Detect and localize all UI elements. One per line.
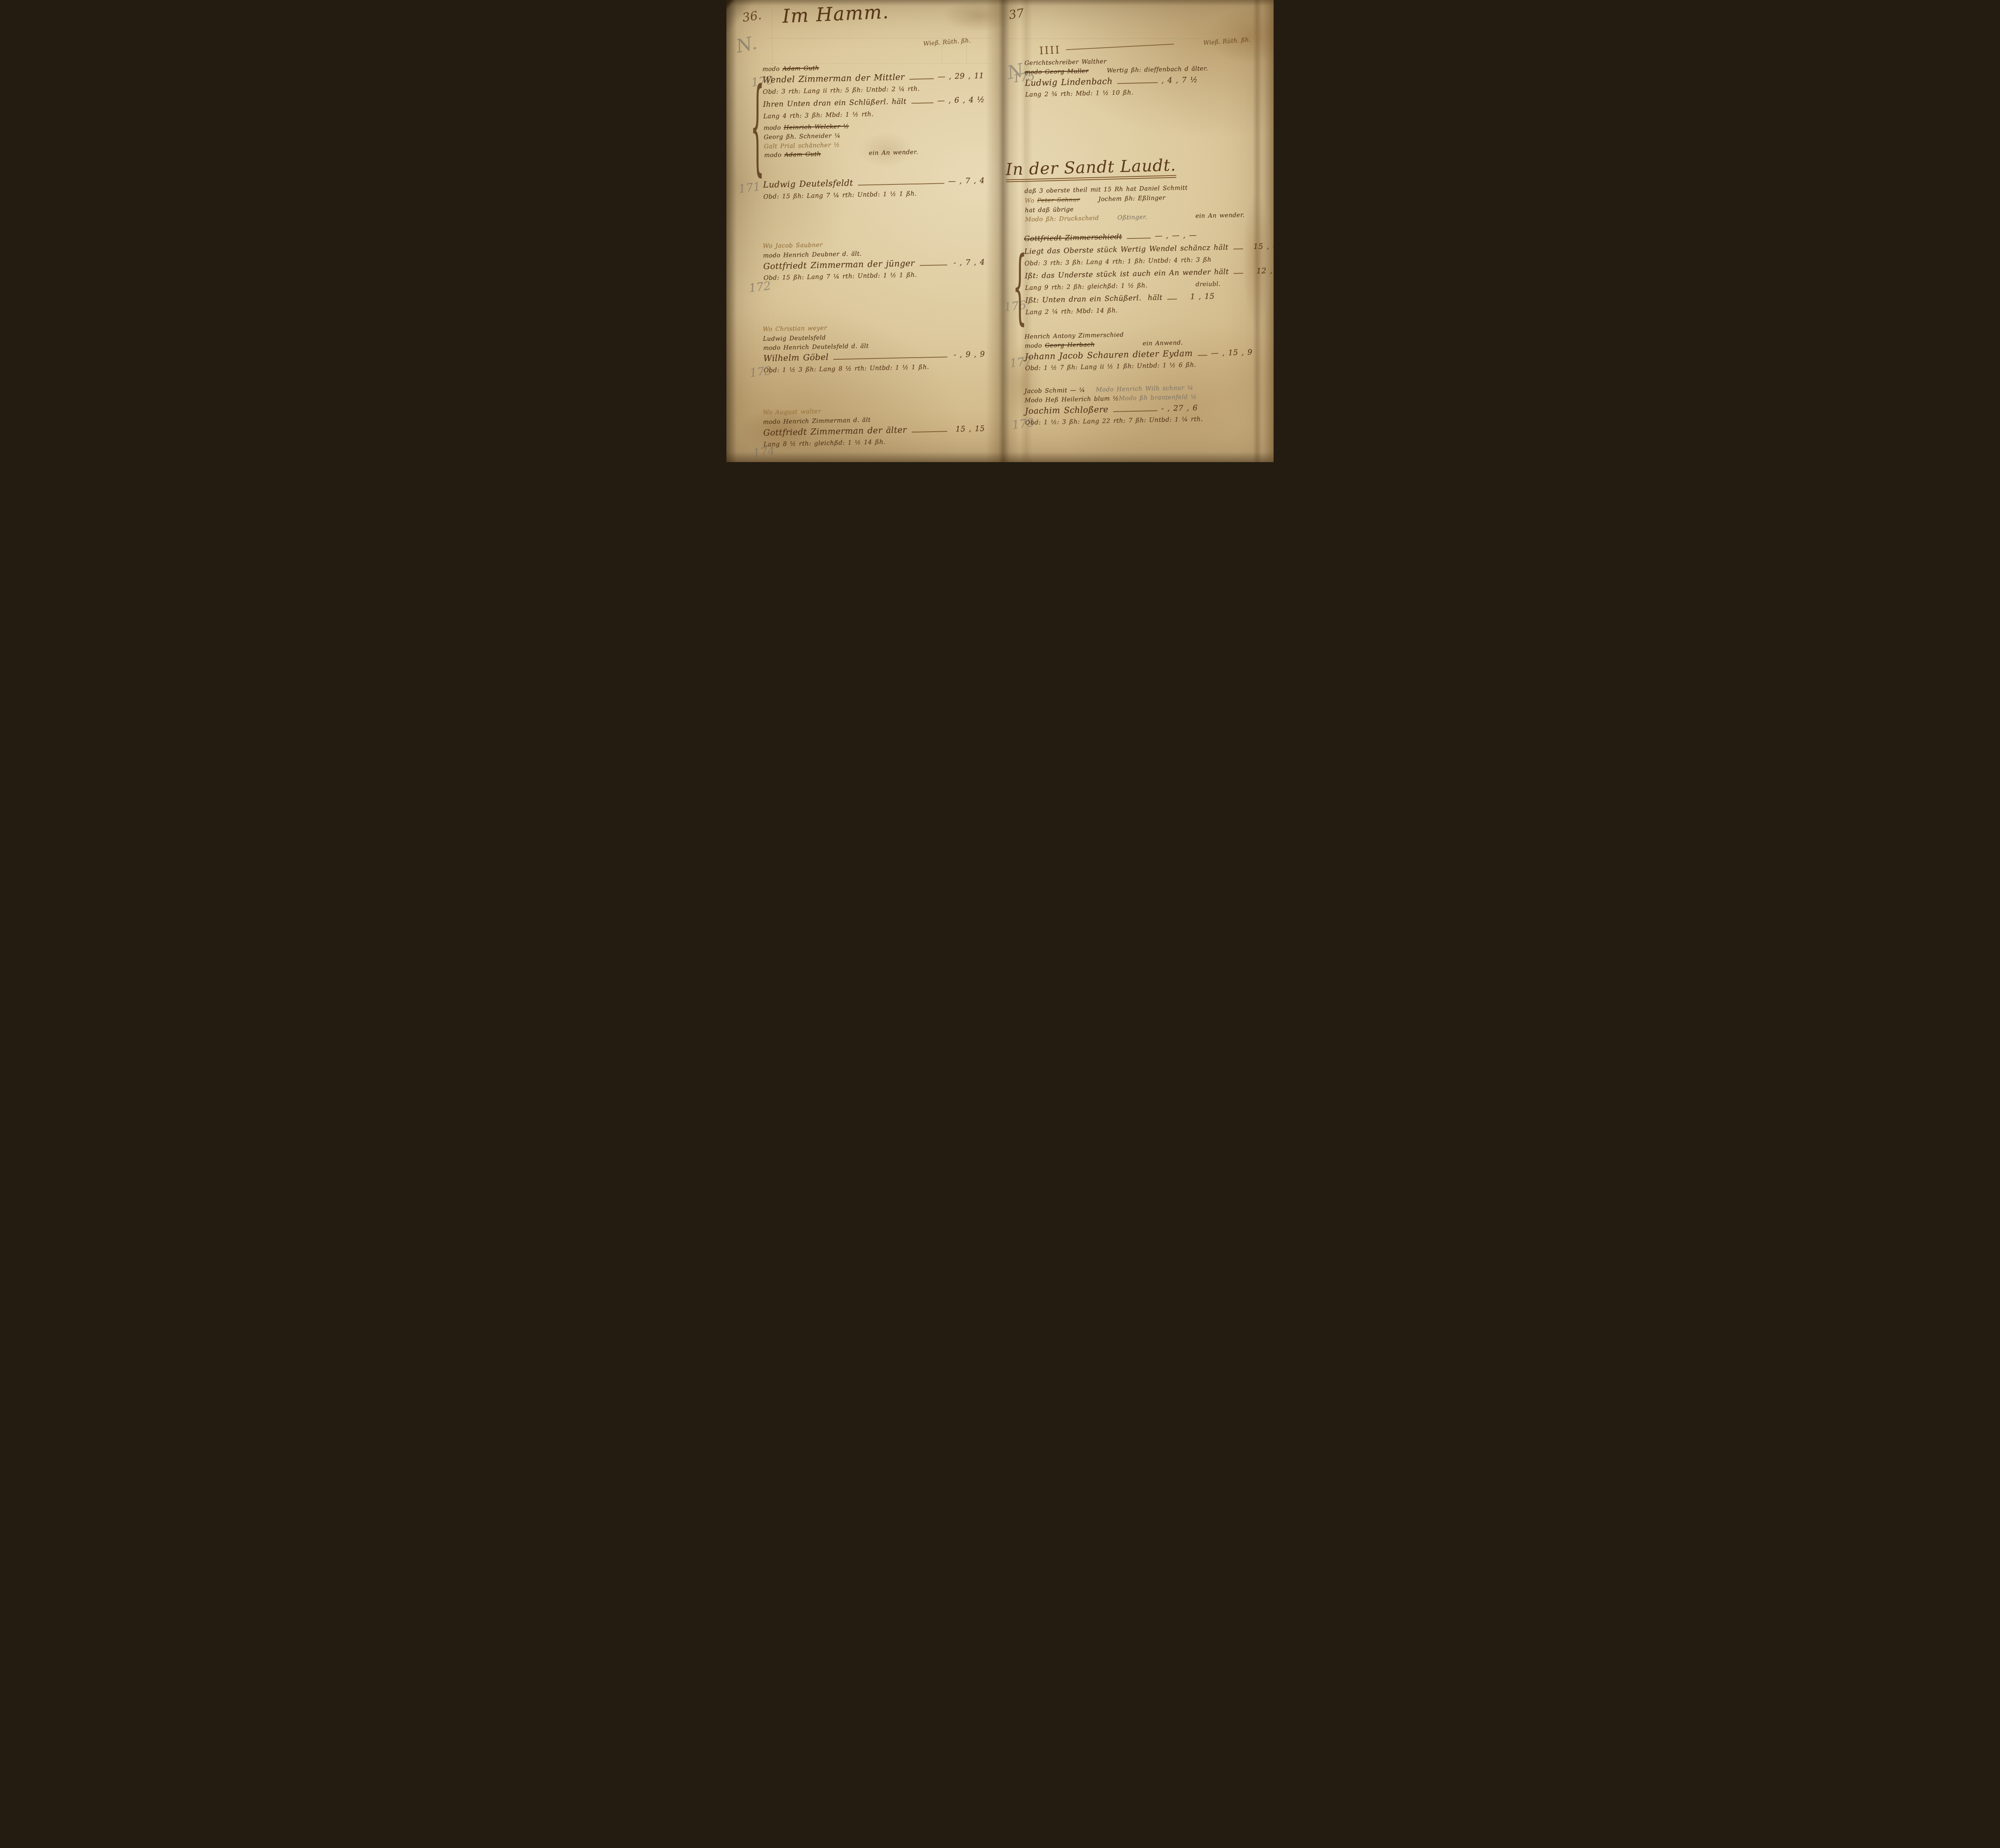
entry-text: modo Henrich Deutelsfeld d. ält: [763, 342, 869, 352]
entry-line: Johann Jacob Schauren dieter Eydam— , 15…: [1025, 348, 1198, 362]
entry-text: modo: [1024, 342, 1045, 350]
margin-note: Modo Henrich Wilh schnur ¼: [1096, 384, 1194, 394]
amount-value: — , 7 , 4: [948, 176, 984, 186]
manuscript-photo: 36. N. Im Hamm. Wieß. Rüth. ßh. 170{modo…: [726, 0, 1274, 462]
entry-text: Wo: [1025, 197, 1038, 204]
entry-line: Ihren Unten dran ein Schlüßerl. hält— , …: [763, 95, 984, 109]
margin-note: dreiubl.: [1196, 280, 1221, 288]
entry-text: Obd: 1 ½ 7 ßh: Lang ii ½ 1 ßh: Untbd: 1 …: [1025, 361, 1196, 372]
entry-number: 171: [738, 180, 761, 196]
entry-text: Ißt: Unten dran ein Schüßerl. hält: [1025, 293, 1163, 305]
entry-text: Lang 8 ½ rth: gleichßd: 1 ½ 14 ßh.: [764, 438, 886, 449]
dash-rule: [1234, 273, 1243, 274]
entry-line: Ißt: Unten dran ein Schüßerl. hält1 , 15: [1025, 292, 1198, 305]
entry-text: hat daß übrige: [1025, 205, 1074, 214]
entry-text: Lang 2 ¼ rth: Mbd: 14 ßh.: [1026, 306, 1118, 316]
amount-value: - , 9 , 9: [951, 350, 985, 360]
numero-mark: N.: [734, 32, 759, 57]
entry-text: Henrich Antony Zimmerschied: [1024, 331, 1124, 340]
entry-text: modo Henrich Deubner d. ält.: [763, 250, 862, 259]
amount-value: 15 , 15: [951, 424, 985, 434]
entry-line: hat daß übrige: [1025, 203, 1198, 214]
entry-text: Johann Jacob Schauren dieter Eydam: [1025, 348, 1193, 362]
entry-text: Wo Jacob Saubner: [763, 241, 823, 250]
entry-text: Modo ßh: Druckscheid: [1025, 214, 1099, 224]
entry-text: Adam Guth: [784, 150, 821, 159]
entry-text: Liegt das Oberste stück Wertig Wendel sc…: [1024, 243, 1229, 256]
entry-text: Gerichtschreiber Walther: [1024, 58, 1106, 67]
entry-block-171: Ludwig Deutelsfeldt— , 7 , 4Obd: 15 ßh: …: [763, 174, 985, 205]
entry-block-178: Jacob Schmit — ¼Modo Henrich Wilh schnur…: [1024, 383, 1198, 431]
entry-block-173: Wo Christian weyerLudwig Deutelsfeldmodo…: [763, 320, 986, 378]
margin-note: ein An wender.: [1195, 211, 1244, 220]
entry-line: Lang 2 ¾ rth: Mbd: 1 ½ 10 ßh.: [1025, 88, 1198, 99]
entry-block-176: Gottfriedt Zimmerschiedt— , — , —Liegt d…: [1024, 230, 1198, 320]
entry-text: daß 3 oberste theil mit 15 Rh hat Daniel…: [1024, 184, 1188, 195]
entry-line: Joachim Schloßere- , 27 , 6: [1025, 402, 1198, 416]
dash-rule: [1113, 410, 1157, 412]
entry-text: Ludwig Deutelsfeld: [763, 334, 826, 342]
entry-text: modo: [764, 151, 784, 159]
dash-rule: [912, 431, 947, 432]
entry-brace: {: [750, 75, 764, 179]
entry-text: Gottfriedt Zimmerschiedt: [1024, 232, 1122, 244]
entry-text: Wendel Zimmerman der Mittler: [762, 72, 905, 85]
dash-rule: [911, 102, 933, 104]
entry-line: Ludwig Deutelsfeldt— , 7 , 4: [763, 175, 984, 190]
entry-text: Peter Schnur: [1037, 196, 1080, 204]
dash-rule: [1198, 354, 1207, 356]
entry-line: Obd: 3 rth: 3 ßh: Lang 4 rth: 1 ßh: Untb…: [1024, 256, 1197, 267]
entry-text: Lang 4 rth: 3 ßh: Mbd: 1 ½ rth.: [763, 110, 874, 120]
entry-text: Georg ßh. Schneider ¼: [764, 132, 840, 141]
photo-wrapper: 36. N. Im Hamm. Wieß. Rüth. ßh. 170{modo…: [0, 0, 2000, 462]
entry-text: Gottfriedt Zimmerman der jünger: [763, 258, 915, 271]
entry-block-170: modo Adam GuthWendel Zimmerman der Mittl…: [762, 60, 986, 161]
section-heading-im-hamm: Im Hamm.: [782, 1, 890, 28]
entry-text: Georg Herbach: [1045, 341, 1095, 349]
tally-ticks: IIII: [1039, 44, 1061, 57]
entry-text: Obd: 3 rth: Lang ii rth: 5 ßh: Untbd: 2 …: [763, 85, 920, 96]
entry-line: Lang 8 ½ rth: gleichßd: 1 ½ 14 ßh.: [764, 436, 985, 448]
entry-text: modo: [764, 124, 784, 132]
entry-text: Ißt: das Underste stück ist auch ein An …: [1025, 268, 1229, 281]
tally-rule: [1066, 44, 1174, 50]
margin-note: Modo ßh brantenfeld ½: [1119, 393, 1197, 402]
amount-value: 15 , —: [1247, 242, 1274, 252]
entry-text: Gottfriedt Zimmerman der älter: [763, 424, 907, 438]
amount-value: - , 7 , 4: [951, 258, 985, 268]
entry-text: modo Georg Muller: [1024, 67, 1088, 76]
entry-line: Lang 2 ¼ rth: Mbd: 14 ßh.: [1026, 305, 1198, 316]
entry-text: Adam Guth: [782, 64, 819, 73]
column-header: Wieß. Rüth. ßh.: [923, 37, 971, 47]
section-notes: daß 3 oberste theil mit 15 Rh hat Daniel…: [1024, 183, 1198, 225]
entry-text: Jochem ßh: Eßlinger: [1098, 194, 1166, 203]
entry-text: Joachim Schloßere: [1025, 404, 1108, 416]
dash-rule: [1233, 248, 1243, 250]
entry-line: Obd: 3 rth: Lang ii rth: 5 ßh: Untbd: 2 …: [763, 84, 984, 96]
entry-line: Ißt: das Underste stück ist auch ein An …: [1025, 268, 1198, 281]
dash-rule: [920, 264, 948, 266]
entry-text: Ludwig Lindenbach: [1025, 76, 1113, 88]
entry-line: Gottfriedt Zimmerschiedt— , — , —: [1024, 230, 1197, 244]
page-36: 36. N. Im Hamm. Wieß. Rüth. ßh. 170{modo…: [726, 0, 1002, 462]
entry-text: Obd: 15 ßh: Lang 7 ¼ rth: Untbd: 1 ½ 1 ß…: [764, 271, 917, 282]
entry-line: Modo ßh: DruckscheidOßtinger.ein An wend…: [1025, 212, 1198, 224]
entry-line: Liegt das Oberste stück Wertig Wendel sc…: [1024, 243, 1197, 256]
entry-line: Obd: 15 ßh: Lang 7 ¼ rth: Untbd: 1 ½ 1 ß…: [763, 188, 985, 201]
amount-value: — , 6 , 4 ½: [937, 95, 985, 106]
page-number: 36.: [742, 8, 763, 25]
dash-rule: [910, 78, 934, 80]
entry-line: Obd: 15 ßh: Lang 7 ¼ rth: Untbd: 1 ½ 1 ß…: [764, 270, 985, 282]
page-37: 37 N. IIII Wieß. Rüth. ßh. In der Sandt …: [1002, 0, 1274, 462]
entry-block-172: Wo Jacob Saubnermodo Henrich Deubner d. …: [763, 237, 985, 286]
amount-value: — , 29 , 11: [938, 71, 984, 82]
column-header: Wieß. Rüth. ßh.: [1203, 36, 1251, 46]
entry-text: Ihren Unten dran ein Schlüßerl. hält: [763, 97, 906, 109]
entry-line: Wo Peter SchnurJochem ßh: Eßlinger: [1025, 193, 1198, 204]
entry-text: Galt Prial schäncher ½: [764, 141, 840, 150]
entry-line: daß 3 oberste theil mit 15 Rh hat Daniel…: [1024, 184, 1197, 195]
entry-line: Ludwig Lindenbach, 4 , 7 ½: [1025, 74, 1198, 88]
entry-text: Jacob Schmit — ¼: [1024, 386, 1085, 395]
dash-rule: [834, 356, 948, 360]
entry-text: Wo Christian weyer: [763, 324, 827, 333]
amount-value: 12 , 9: [1247, 266, 1274, 276]
page-number: 37: [1008, 6, 1025, 22]
amount-value: , 4 , 7 ½: [1161, 75, 1198, 86]
entry-text: Heinrich Welcker ½: [784, 122, 849, 131]
tally-marks: IIII: [1039, 38, 1174, 57]
dash-rule: [1167, 299, 1177, 300]
entry-text: modo: [762, 65, 783, 73]
dash-rule: [1118, 82, 1158, 84]
entry-block-174: Wo August waltermodo Henrich Zimmerman d…: [763, 403, 985, 452]
amount-value: - , 27 , 6: [1161, 403, 1198, 414]
section-heading-text: In der Sandt Laudt.: [1005, 155, 1176, 182]
entry-block-175: Gerichtschreiber Walthermodo Georg Mulle…: [1024, 55, 1198, 103]
entry-text: Modo Heß Heilerich blum ½: [1024, 394, 1119, 404]
entry-text: Wo August walter: [763, 408, 821, 416]
entry-text: Obd: 3 rth: 3 ßh: Lang 4 rth: 1 ßh: Untb…: [1024, 256, 1212, 267]
entry-text: modo Henrich Zimmerman d. ält: [763, 416, 870, 426]
section-heading-sandt-laudt: In der Sandt Laudt.: [1005, 155, 1176, 179]
entry-text: Wertig ßh: dieffenbach d älter.: [1107, 65, 1208, 74]
margin-note: ein An wender.: [869, 148, 918, 157]
entry-text: Ludwig Deutelsfeldt: [763, 178, 853, 190]
entry-block-177: Henrich Antony Zimmerschiedmodo Georg He…: [1024, 328, 1198, 376]
entry-text: Obd: 1 ½ 3 ßh: Lang 8 ½ rth: Untbd: 1 ½ …: [764, 363, 929, 374]
entry-text: Obd: 15 ßh: Lang 7 ¼ rth: Untbd: 1 ½ 1 ß…: [763, 190, 917, 201]
dash-rule: [858, 183, 944, 186]
entry-text: Obd: 1 ½: 3 ßh: Lang 22 rth: 7 ßh: Untbd…: [1025, 415, 1203, 427]
amount-value: — , — , —: [1155, 230, 1197, 241]
entry-line: Obd: 1 ½ 3 ßh: Lang 8 ½ rth: Untbd: 1 ½ …: [764, 362, 985, 374]
amount-value: 1 , 15: [1181, 292, 1214, 302]
dash-rule: [1127, 238, 1151, 239]
entry-line: Lang 9 rth: 2 ßh: gleichßd: 1 ½ ßh.dreiu…: [1025, 280, 1198, 292]
entry-text: Oßtinger.: [1117, 213, 1148, 221]
entry-line: Obd: 1 ½ 7 ßh: Lang ii ½ 1 ßh: Untbd: 1 …: [1025, 361, 1198, 372]
margin-note: ein Anwend.: [1142, 339, 1183, 347]
entry-line: Lang 4 rth: 3 ßh: Mbd: 1 ½ rth.: [763, 108, 985, 120]
entry-text: Wilhelm Göbel: [763, 352, 829, 364]
entry-text: Lang 2 ¾ rth: Mbd: 1 ½ 10 ßh.: [1025, 89, 1134, 99]
entry-line: Obd: 1 ½: 3 ßh: Lang 22 rth: 7 ßh: Untbd…: [1025, 416, 1198, 427]
amount-value: — , 15 , 9: [1211, 348, 1244, 358]
entry-text: Lang 9 rth: 2 ßh: gleichßd: 1 ½ ßh.: [1025, 282, 1148, 292]
